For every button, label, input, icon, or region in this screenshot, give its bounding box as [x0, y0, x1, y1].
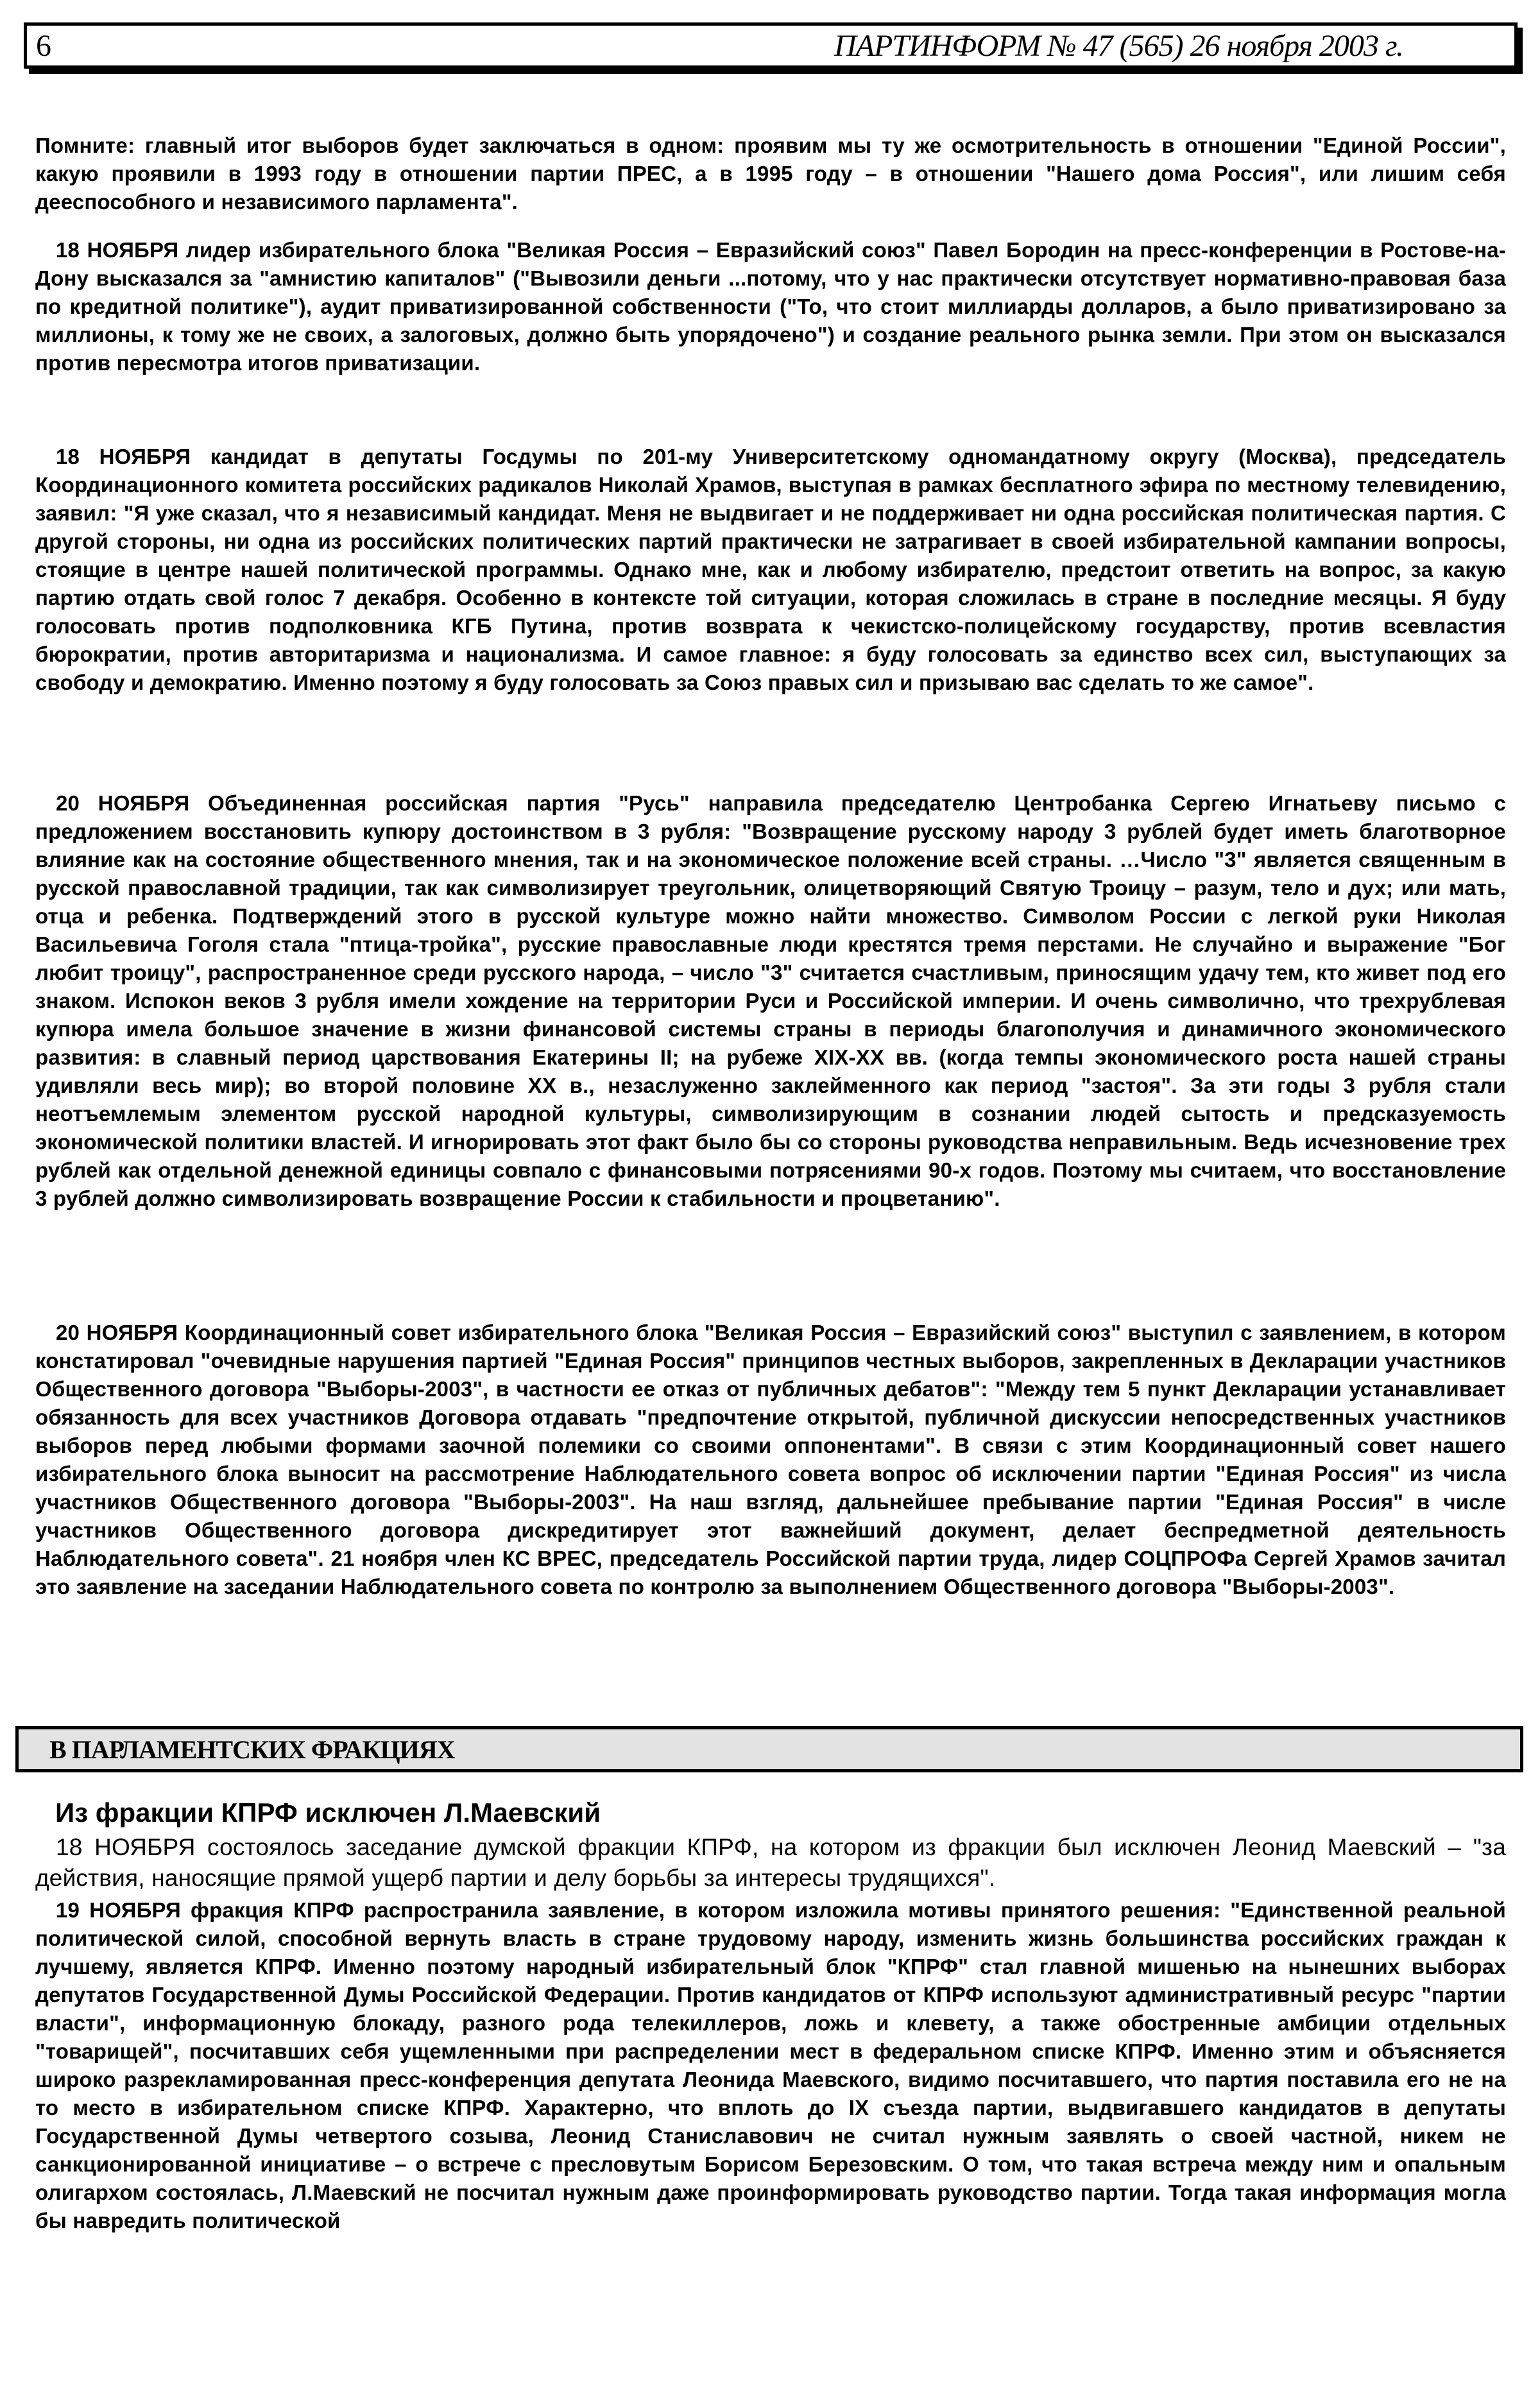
article-borodin: 18 НОЯБРЯ лидер избирательного блока "Ве… — [35, 236, 1506, 377]
issue-title: ПАРТИНФОРМ № 47 (565) 26 ноября 2003 г. — [834, 30, 1403, 63]
section-header: В ПАРЛАМЕНТСКИХ ФРАКЦИЯХ — [15, 1726, 1523, 1772]
paragraph: 18 НОЯБРЯ кандидат в депутаты Госдумы по… — [35, 443, 1506, 697]
article-kprf-18: 18 НОЯБРЯ состоялось заседание думской ф… — [35, 1832, 1506, 1894]
paragraph: 19 НОЯБРЯ фракция КПРФ распространила за… — [35, 1896, 1506, 2235]
article-khramov: 18 НОЯБРЯ кандидат в депутаты Госдумы по… — [35, 443, 1506, 697]
page-header: 6 ПАРТИНФОРМ № 47 (565) 26 ноября 2003 г… — [24, 22, 1518, 69]
article-headline: Из фракции КПРФ исключен Л.Маевский — [55, 1797, 601, 1829]
article-vres: 20 НОЯБРЯ Координационный совет избирате… — [35, 1319, 1506, 1601]
article-intro: Помните: главный итог выборов будет закл… — [35, 132, 1506, 216]
article-kprf-19: 19 НОЯБРЯ фракция КПРФ распространила за… — [35, 1896, 1506, 2235]
paragraph: 20 НОЯБРЯ Координационный совет избирате… — [35, 1319, 1506, 1601]
paragraph: 18 НОЯБРЯ лидер избирательного блока "Ве… — [35, 236, 1506, 377]
section-title: В ПАРЛАМЕНТСКИХ ФРАКЦИЯХ — [49, 1736, 455, 1764]
page-number: 6 — [36, 30, 51, 63]
article-rus-party: 20 НОЯБРЯ Объединенная российская партия… — [35, 789, 1506, 1213]
paragraph: Помните: главный итог выборов будет закл… — [35, 132, 1506, 216]
paragraph: 20 НОЯБРЯ Объединенная российская партия… — [35, 789, 1506, 1213]
paragraph: 18 НОЯБРЯ состоялось заседание думской ф… — [35, 1832, 1506, 1894]
